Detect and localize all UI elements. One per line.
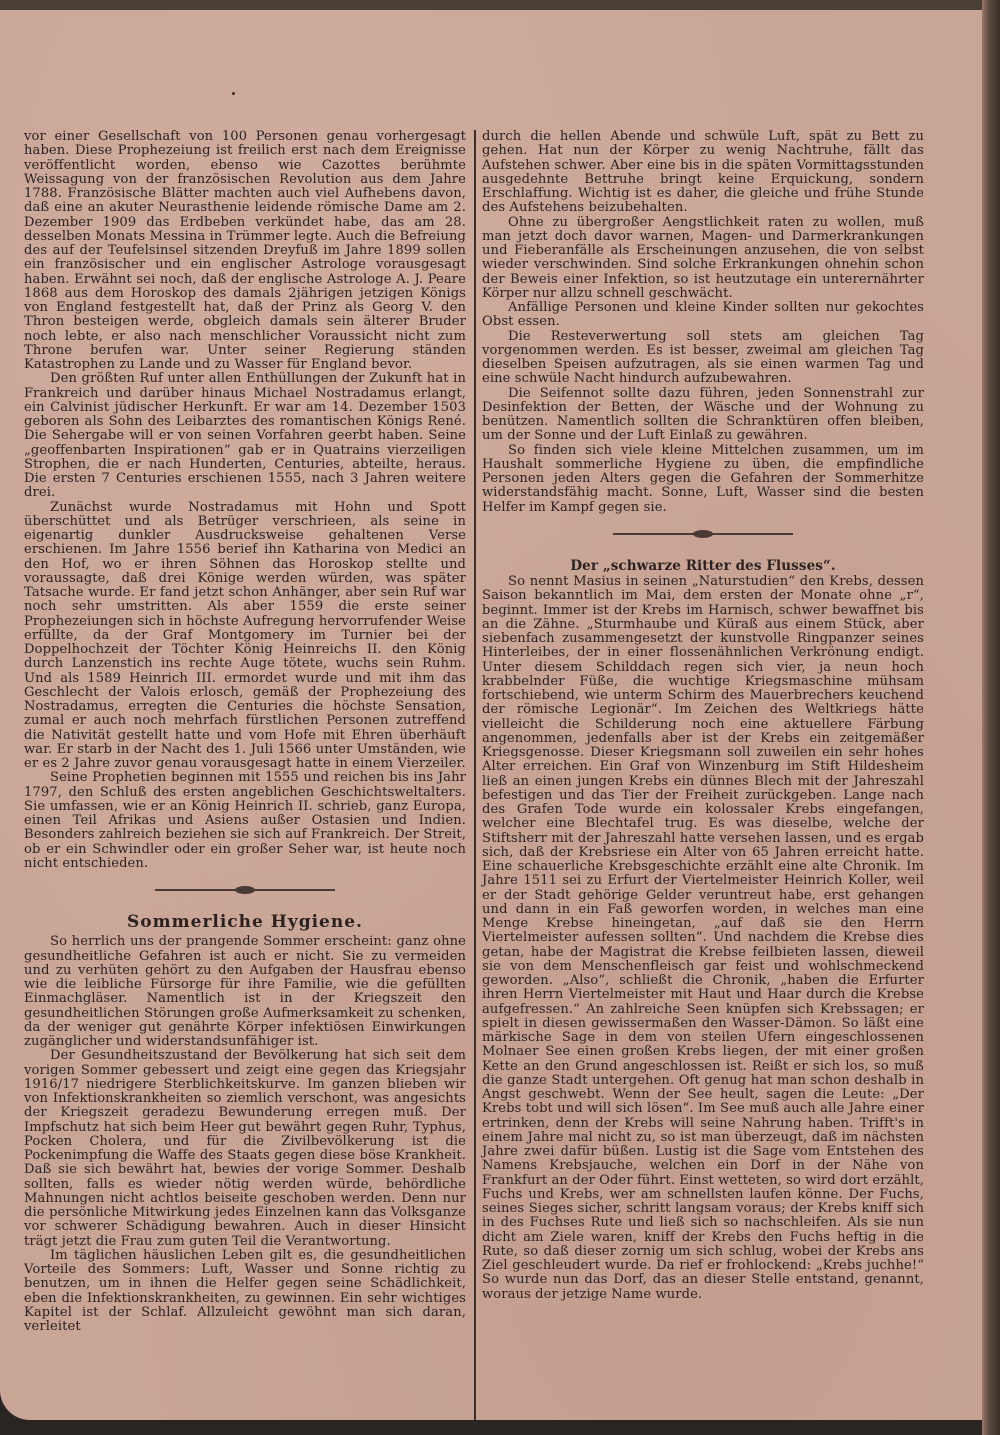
ornamental-divider: [613, 529, 793, 539]
article-paragraph: Zunächst wurde Nostradamus mit Hohn und …: [24, 501, 466, 772]
ornamental-divider: [155, 885, 335, 895]
article-paragraph: Ohne zu übergroßer Aengstlichkeit raten …: [482, 216, 924, 302]
ink-speck: [232, 92, 235, 95]
article-paragraph: durch die hellen Abende und schwüle Luft…: [482, 130, 924, 216]
article-paragraph: So herrlich uns der prangende Sommer ers…: [24, 935, 466, 1049]
column-divider: [474, 130, 476, 1420]
article-paragraph: Seine Prophetien beginnen mit 1555 und r…: [24, 771, 466, 871]
newspaper-page: vor einer Gesellschaft von 100 Personen …: [0, 0, 985, 1420]
left-column: vor einer Gesellschaft von 100 Personen …: [24, 130, 466, 1334]
article-paragraph: Im täglichen häuslichen Leben gilt es, d…: [24, 1249, 466, 1335]
article-title-schwarze-ritter: Der „schwarze Ritter des Flusses“.: [482, 559, 924, 573]
right-column: durch die hellen Abende und schwüle Luft…: [482, 130, 924, 1302]
article-paragraph: So nennt Masius in seinen „Naturstudien“…: [482, 575, 924, 1302]
article-paragraph: Den größten Ruf unter allen Enthüllungen…: [24, 372, 466, 500]
article-paragraph: So finden sich viele kleine Mittelchen z…: [482, 444, 924, 515]
article-title-sommerliche-hygiene: Sommerliche Hygiene.: [24, 915, 466, 929]
article-paragraph: Die Seifennot sollte dazu führen, jeden …: [482, 387, 924, 444]
binding-edge: [982, 0, 1000, 1435]
article-paragraph: vor einer Gesellschaft von 100 Personen …: [24, 130, 466, 372]
article-paragraph: Der Gesundheitszustand der Bevölkerung h…: [24, 1049, 466, 1249]
article-paragraph: Anfällige Personen und kleine Kinder sol…: [482, 301, 924, 330]
article-paragraph: Die Resteverwertung soll stets am gleich…: [482, 330, 924, 387]
page-top-edge: [0, 0, 1000, 10]
